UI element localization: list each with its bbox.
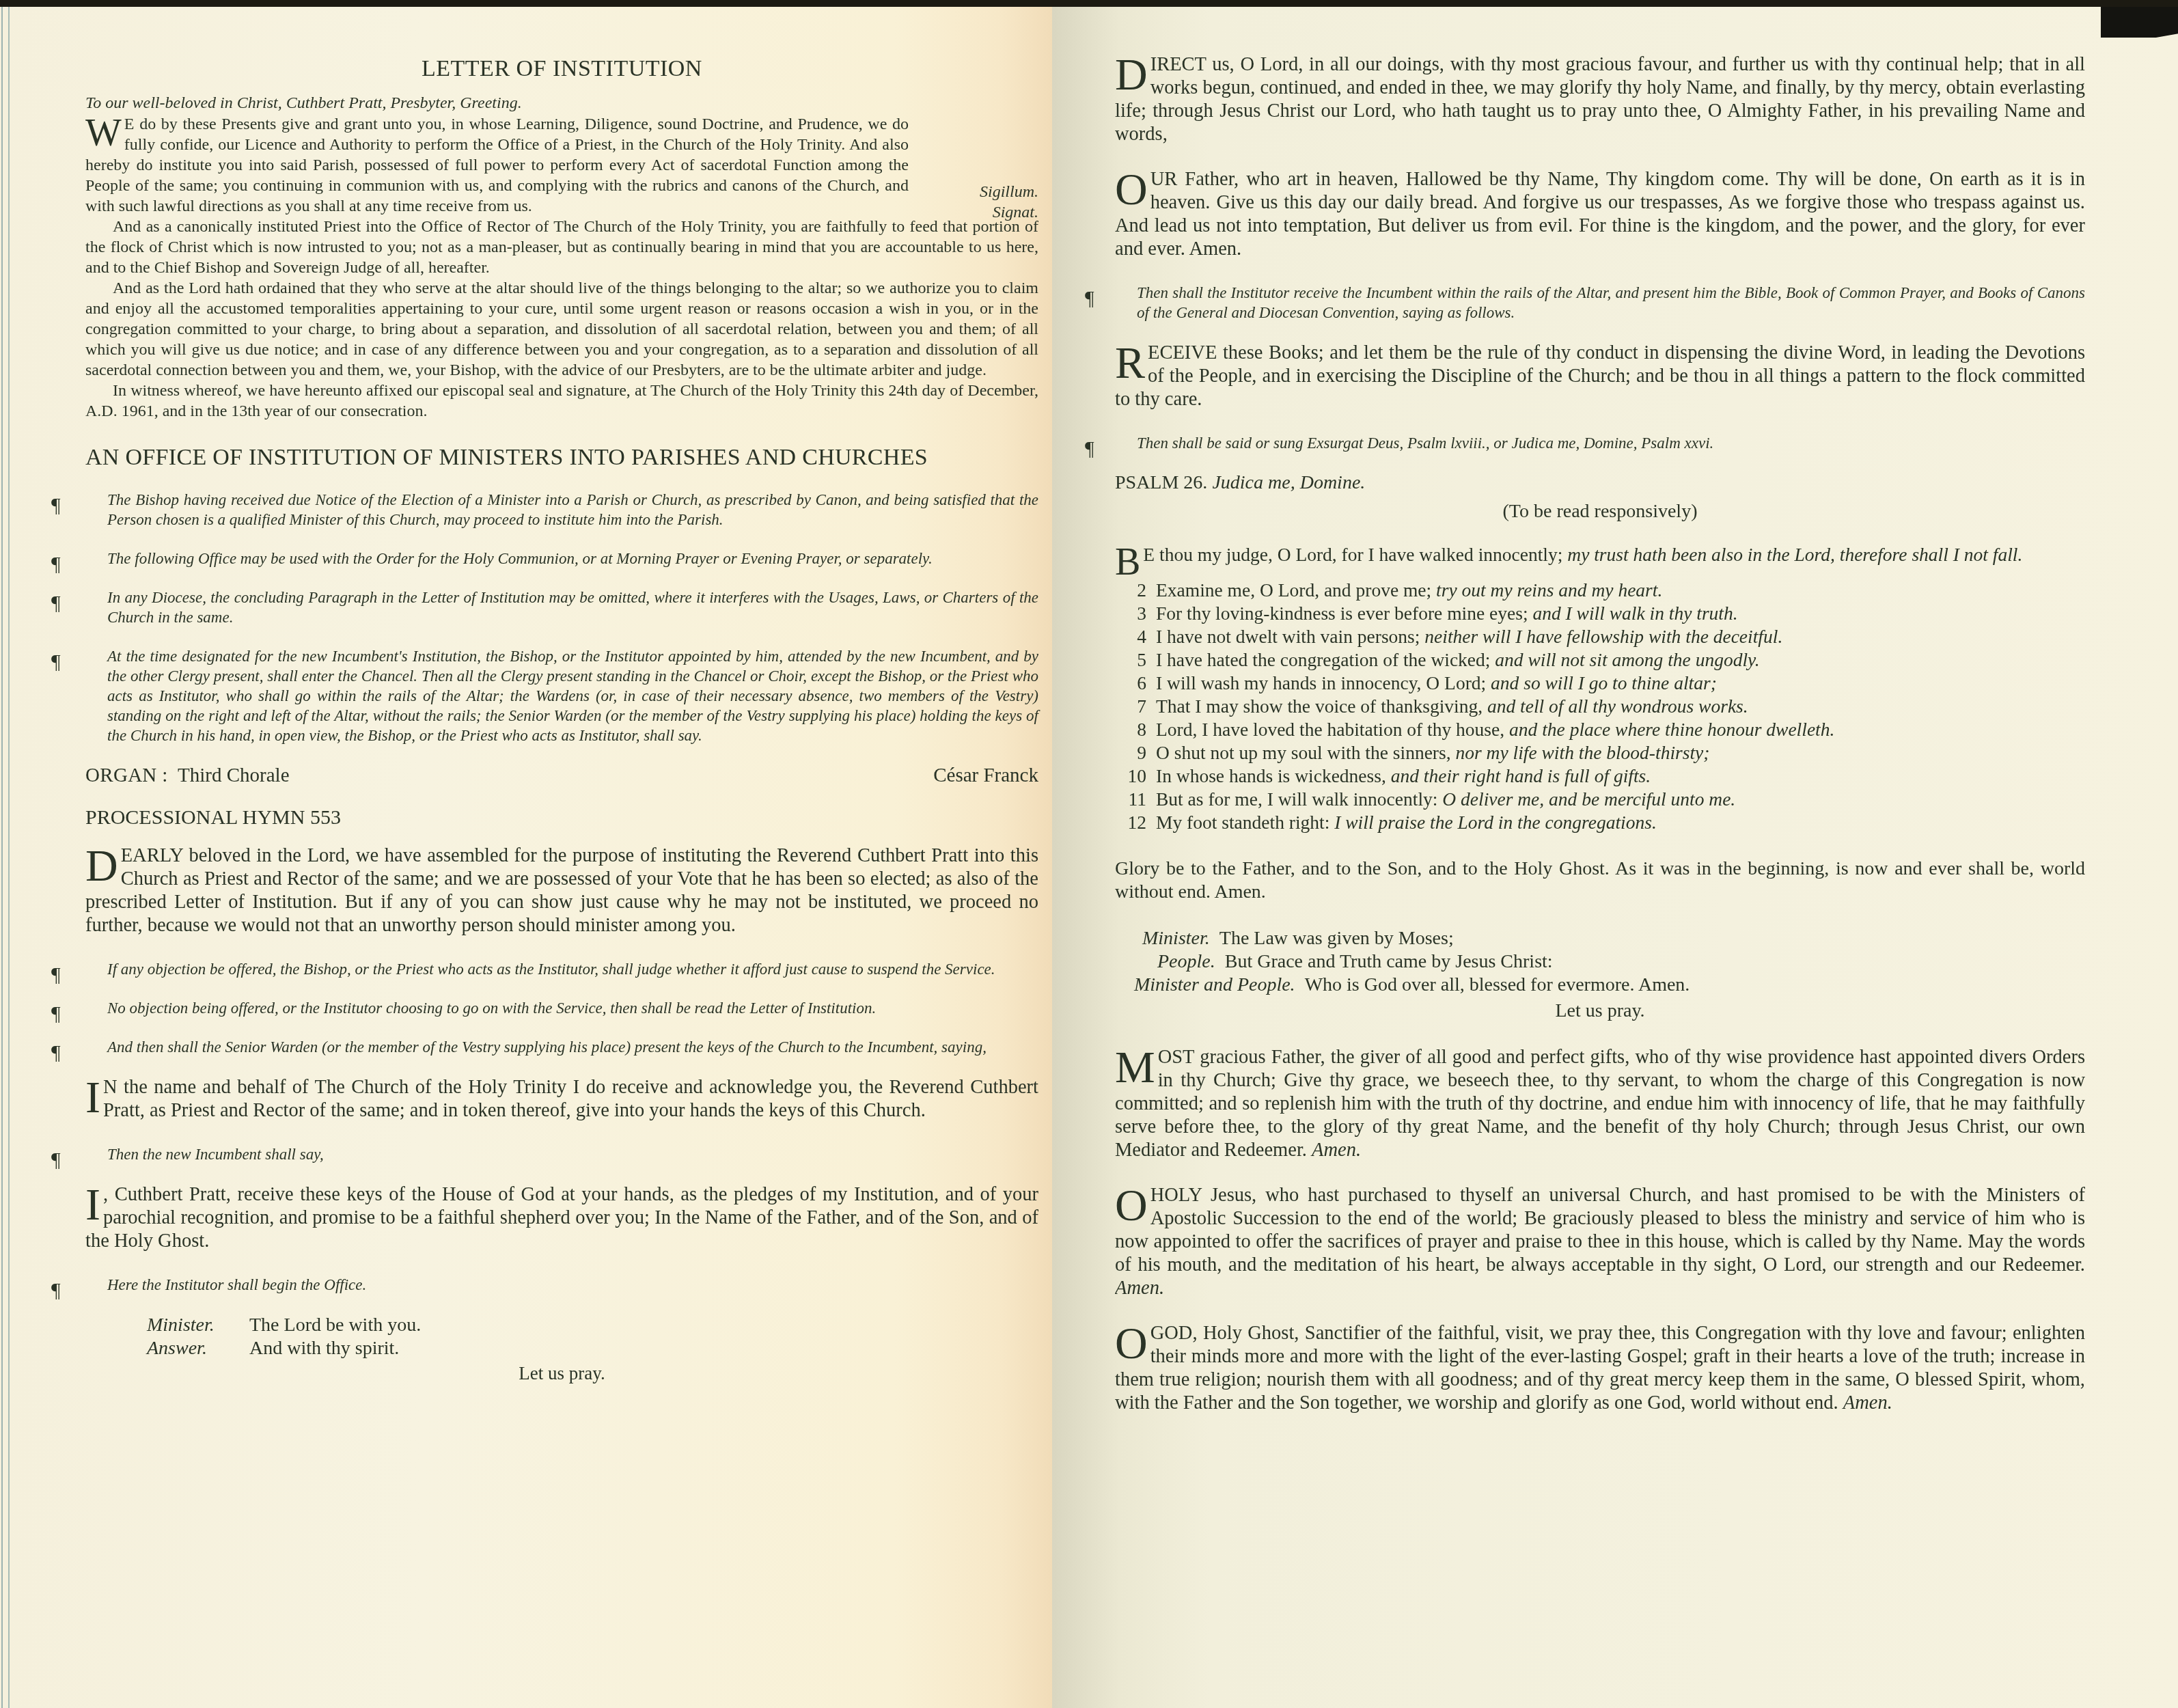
dropcap-d: D — [85, 847, 118, 885]
right-page: DIRECT us, O Lord, in all our doings, wi… — [1052, 7, 2178, 1708]
organ-label: ORGAN : — [85, 765, 168, 786]
versicle-1: Minister.The Lord be with you. — [147, 1314, 1038, 1337]
response-minister: Minister. The Law was given by Moses; — [1142, 927, 2085, 950]
incumbent-pledge-paragraph: I, Cuthbert Pratt, receive these keys of… — [85, 1183, 1038, 1253]
dropcap-r: R — [1115, 344, 1145, 383]
organ-piece: Third Chorale — [178, 765, 289, 786]
psalm-verse: 2Examine me, O Lord, and prove me; try o… — [1115, 579, 2085, 602]
psalm-verse: 7That I may show the voice of thanksgivi… — [1115, 695, 2085, 718]
pilcrow-icon: ¶ — [51, 495, 61, 515]
page-edge-lines — [1, 7, 10, 1708]
pilcrow-icon: ¶ — [51, 1004, 61, 1023]
dearly-beloved-paragraph: DEARLY beloved in the Lord, we have asse… — [85, 844, 1038, 937]
office-title: AN OFFICE OF INSTITUTION OF MINISTERS IN… — [85, 445, 1038, 471]
dropcap-i: I — [85, 1079, 100, 1117]
psalm-verse-1: BE thou my judge, O Lord, for I have wal… — [1115, 543, 2085, 579]
in-the-name-paragraph: IN the name and behalf of The Church of … — [85, 1076, 1038, 1122]
rubric-bishop-notice: ¶The Bishop having received due Notice o… — [85, 490, 1038, 529]
rubric-present-books: ¶Then shall the Institutor receive the I… — [1115, 283, 2085, 322]
receive-books-paragraph: RECEIVE these Books; and let them be the… — [1115, 342, 2085, 411]
letter-paragraph-4: In witness whereof, we have hereunto aff… — [85, 381, 1038, 422]
rubric-senior-warden: ¶And then shall the Senior Warden (or th… — [85, 1037, 1038, 1057]
o-god-holy-ghost-prayer: OGOD, Holy Ghost, Sanctifier of the fait… — [1115, 1322, 2085, 1415]
let-us-pray: Let us pray. — [1115, 1000, 2085, 1023]
rubric-following-office: ¶The following Office may be used with t… — [85, 549, 1038, 568]
psalm-verse: 11But as for me, I will walk innocently:… — [1115, 788, 2085, 811]
responsory: Minister. The Law was given by Moses; Pe… — [1115, 927, 2085, 1023]
pilcrow-icon: ¶ — [1085, 439, 1094, 458]
psalm-note: (To be read responsively) — [1115, 501, 2085, 523]
psalm-title: PSALM 26. Judica me, Domine. — [1115, 472, 2085, 494]
dropcap-o: O — [1115, 1187, 1148, 1225]
pilcrow-icon: ¶ — [51, 593, 61, 613]
processional-hymn: PROCESSIONAL HYMN 553 — [85, 806, 1038, 829]
pilcrow-icon: ¶ — [51, 1150, 61, 1170]
letter-of-institution: To our well-beloved in Christ, Cuthbert … — [85, 94, 1038, 422]
gloria-patri: Glory be to the Father, and to the Son, … — [1115, 857, 2085, 904]
rubric-objection: ¶If any objection be offered, the Bishop… — [85, 959, 1038, 979]
most-gracious-father-prayer: MOST gracious Father, the giver of all g… — [1115, 1046, 2085, 1162]
letter-paragraph-3: And as the Lord hath ordained that they … — [85, 278, 1038, 381]
organ-composer: César Franck — [933, 765, 1038, 787]
psalm-verse: 6I will wash my hands in innocency, O Lo… — [1115, 672, 2085, 695]
psalm-verse: 12My foot standeth right: I will praise … — [1115, 811, 2085, 834]
rubric-time-designated: ¶At the time designated for the new Incu… — [85, 646, 1038, 745]
letter-greeting: To our well-beloved in Christ, Cuthbert … — [85, 94, 1038, 113]
psalm-verses: BE thou my judge, O Lord, for I have wal… — [1115, 543, 2085, 834]
response-people: People. But Grace and Truth came by Jesu… — [1157, 950, 2085, 974]
psalm-verse: 3For thy loving-kindness is ever before … — [1115, 602, 2085, 625]
rubric-psalm: ¶Then shall be said or sung Exsurgat Deu… — [1115, 433, 2085, 453]
pilcrow-icon: ¶ — [51, 1280, 61, 1300]
pilcrow-icon: ¶ — [1085, 288, 1094, 308]
dropcap-o: O — [1115, 1325, 1148, 1363]
dropcap-w: W — [85, 117, 122, 150]
seal-line-signat: Signat. — [980, 202, 1038, 223]
seal-mark: Sigillum. Signat. — [980, 182, 1038, 223]
rubric-incumbent-say: ¶Then the new Incumbent shall say, — [85, 1144, 1038, 1164]
dropcap-o: O — [1115, 171, 1148, 209]
pilcrow-icon: ¶ — [51, 965, 61, 984]
psalm-verse: 8Lord, I have loved the habitation of th… — [1115, 718, 2085, 741]
direct-us-collect: DIRECT us, O Lord, in all our doings, wi… — [1115, 53, 2085, 146]
versicle-2: Answer.And with thy spirit. — [147, 1337, 1038, 1360]
dropcap-m: M — [1115, 1049, 1155, 1087]
letter-paragraph-1: WE do by these Presents give and grant u… — [85, 114, 1038, 217]
seal-line-sigillum: Sigillum. — [980, 182, 1038, 202]
psalm-verse: 9O shut not up my soul with the sinners,… — [1115, 741, 2085, 765]
psalm-verse: 4I have not dwelt with vain persons; nei… — [1115, 625, 2085, 648]
dropcap-b: B — [1115, 546, 1140, 579]
o-holy-jesus-prayer: OHOLY Jesus, who hast purchased to thyse… — [1115, 1184, 2085, 1300]
response-minister-and-people: Minister and People. Who is God over all… — [1134, 974, 2085, 997]
psalm-verse: 5I have hated the congregation of the wi… — [1115, 648, 2085, 672]
book-top-edge — [0, 0, 2178, 7]
lords-prayer: OUR Father, who art in heaven, Hallowed … — [1115, 168, 2085, 261]
dropcap-i: I — [85, 1186, 100, 1224]
rubric-begin-office: ¶Here the Institutor shall begin the Off… — [85, 1275, 1038, 1295]
letter-title: LETTER OF INSTITUTION — [85, 56, 1038, 82]
page-corner-shadow — [2101, 7, 2178, 38]
organ-line: ORGAN : Third Chorale César Franck — [85, 765, 1038, 787]
let-us-pray: Let us pray. — [85, 1363, 1038, 1384]
psalm-verse: 10In whose hands is wickedness, and thei… — [1115, 765, 2085, 788]
left-page: LETTER OF INSTITUTION To our well-belove… — [0, 7, 1052, 1708]
pilcrow-icon: ¶ — [51, 554, 61, 574]
dropcap-d: D — [1115, 56, 1148, 94]
rubric-any-diocese: ¶In any Diocese, the concluding Paragrap… — [85, 588, 1038, 627]
pilcrow-icon: ¶ — [51, 1043, 61, 1062]
right-page-content: DIRECT us, O Lord, in all our doings, wi… — [1115, 48, 2085, 1437]
left-page-content: LETTER OF INSTITUTION To our well-belove… — [85, 48, 1038, 1384]
book-spread: LETTER OF INSTITUTION To our well-belove… — [0, 0, 2178, 1708]
pilcrow-icon: ¶ — [51, 652, 61, 672]
letter-paragraph-2: And as a canonically instituted Priest i… — [85, 217, 1038, 278]
rubric-no-objection: ¶No objection being offered, or the Inst… — [85, 998, 1038, 1018]
